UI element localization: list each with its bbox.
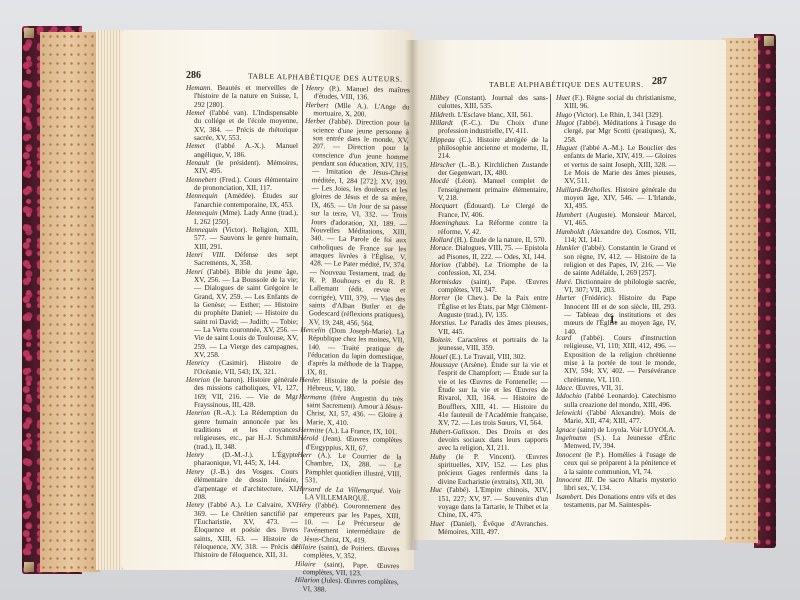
entry-text: (R.-A.). La Rédemption du genre humain a… xyxy=(194,409,298,450)
author-name: Henry xyxy=(186,451,204,459)
entry-text: Dialogues, VIII, 75. — Epistola ad Pison… xyxy=(438,244,548,260)
entry-text: (le P. Vincent). Œuvres spirituelles, XI… xyxy=(438,453,548,486)
index-entry: Huillard-Bréholles. Histoire générale du… xyxy=(556,186,676,211)
author-name: Hemann. xyxy=(186,84,212,92)
author-name: Hermann xyxy=(299,393,326,402)
entry-text: (F.-C.). Du Choix d'une profession indus… xyxy=(438,119,548,135)
author-name: Henri xyxy=(186,268,203,276)
index-entry: Hilbey (Constant). Journal des sans-culo… xyxy=(430,94,548,111)
index-entry: Hubert-Galisson. Des Droits et des devoi… xyxy=(430,428,548,453)
index-entry: Henrion (R.-A.). La Rédemption du genre … xyxy=(186,409,298,451)
entry-text: (l'abbé A.-X.). Manuel angélique, V, 186… xyxy=(194,142,298,158)
author-name: Hirscher xyxy=(430,161,456,169)
author-name: Herder. xyxy=(299,376,321,384)
entry-text: (J.-B.) des Vosges. Cours élémentaire de… xyxy=(194,468,298,501)
entry-text: (l'abbé). L'Empire chinois, XIV, 151, 22… xyxy=(438,486,548,519)
index-entry: Huet (Daniel), Évêque d'Avranches. Mémoi… xyxy=(430,520,548,537)
entry-text: (Daniel), Évêque d'Avranches. Mémoires, … xyxy=(438,520,548,536)
index-entry: Horrer (le Chev.). De la Paix entre l'Ég… xyxy=(430,294,548,319)
author-name: Humboldt xyxy=(556,228,585,236)
author-name: Herbet xyxy=(305,117,325,125)
author-name: Hildreth. xyxy=(430,111,456,119)
right-page-number: 287 xyxy=(652,76,667,87)
author-name: Hercelin xyxy=(300,326,325,335)
author-name: Horace. xyxy=(430,244,453,252)
author-name: Henry xyxy=(306,84,324,92)
entry-text: (l'abbé). Constantin le Grand et son règ… xyxy=(564,244,676,277)
index-entry: Henry (J.-B.) des Vosges. Cours élémenta… xyxy=(186,468,298,501)
entry-text: (Casimir). Histoire de l'Océanie, VII, 5… xyxy=(194,359,298,375)
index-entry: Hemann. Beautés et merveilles de l'histo… xyxy=(186,84,298,109)
index-entry: Hocquart (Édouard). Le Clergé de France,… xyxy=(430,202,548,219)
author-name: Henri VIII. xyxy=(186,251,225,259)
author-name: Hennequin xyxy=(186,192,218,200)
author-name: Huby xyxy=(430,453,446,461)
index-entry: Henault (le président). Mémoires, XIV, 4… xyxy=(186,159,298,176)
right-running-head: TABLE ALPHABÉTIQUE DES AUTEURS. xyxy=(489,80,644,89)
entry-text: (Auguste). Monsieur Marcel, VI, 465. xyxy=(564,211,676,227)
author-name: Hillardt xyxy=(430,119,453,127)
index-entry: Houssaye (Arsène). Étude sur la vie et l… xyxy=(430,361,548,428)
author-name: Innocent III. xyxy=(556,476,594,484)
entry-text: (D.-M.-J.). L'Égypte pharaonique, VI, 44… xyxy=(194,451,298,467)
index-entry: Hennequin (Victor). Religion, XIII, 577.… xyxy=(186,226,298,251)
index-entry: Humbert (Auguste). Monsieur Marcel, VI, … xyxy=(556,211,676,228)
entry-text: (le président). Mémoires, XIV, 495. xyxy=(194,159,298,175)
entry-text: (Jean). Œuvres complètes d'Eugyppius, XI… xyxy=(306,435,402,452)
author-name: Héry xyxy=(296,501,311,509)
index-entry: Ielowicki (l'abbé Alexandre). Mois de Ma… xyxy=(556,409,676,426)
author-name: Hermitte xyxy=(298,426,324,435)
author-name: Hugo xyxy=(556,111,572,119)
index-entry: Innocent III. De sacro Altaris mysterio … xyxy=(556,476,676,493)
right-foxed-page-edges xyxy=(722,38,758,543)
index-entry: Henri VIII. Défense des sept Sacrements,… xyxy=(186,251,298,268)
cover-corner-top-left xyxy=(24,28,34,38)
entry-text: (H.). Étude de la nature, II, 570. xyxy=(453,236,547,244)
author-name: Huré. xyxy=(556,278,573,286)
index-entry: Hilarion (Jules). Œuvres complètes, VI, … xyxy=(294,576,398,595)
index-entry: Herbet (l'abbé). Direction pour la scien… xyxy=(301,117,410,328)
entry-text: (l'abbé). Cours d'instruction religieuse… xyxy=(564,334,676,384)
index-entry: Idace. Œuvres, VII, 31. xyxy=(556,384,676,392)
entry-text: (Arsène). Étude sur la vie et l'esprit d… xyxy=(438,361,548,427)
entry-text: (E.). Le Travail, VIII, 302. xyxy=(448,353,526,361)
index-entry: Hunkler (l'abbé). Constantin le Grand et… xyxy=(556,244,676,277)
index-entry: Herr (A.). Le Courrier de la Chambre, IX… xyxy=(297,451,402,487)
index-entry: Huguet (l'abbé A.-M.). Le Bouclier des e… xyxy=(556,144,676,186)
index-entry: Hennequin (Mme). Lady Anne (trad.), I, 2… xyxy=(186,209,298,226)
index-entry: Hemel (l'abbé van). L'Indispensable du c… xyxy=(186,109,298,142)
index-entry: Ingelmann (S.). La Jeunesse d'Éric Menwe… xyxy=(556,434,676,451)
index-entry: Boitein. Caractères et portraits de la j… xyxy=(430,336,548,353)
author-name: Huguet xyxy=(556,144,577,152)
index-entry: Hocdé (Léon). Manuel complet de l'enseig… xyxy=(430,177,548,202)
author-name: Hollard xyxy=(430,236,453,244)
entry-text: (Victor). Le Rhin, I, 341 [329]. xyxy=(572,111,663,119)
author-name: Ignace xyxy=(556,426,576,434)
author-name: Houel xyxy=(430,353,448,361)
index-entry: Huby (le P. Vincent). Œuvres spirituelle… xyxy=(430,453,548,486)
author-name: Hérold xyxy=(298,434,318,442)
index-entry: Icard (l'abbé). Cours d'instruction reli… xyxy=(556,334,676,384)
index-entry: Hormisdas (saint), Pape. Œuvres complète… xyxy=(430,278,548,295)
author-name: Hugot xyxy=(556,119,574,127)
author-name: Hilaire xyxy=(295,543,316,551)
index-entry: Ignace (saint) de Loyola. Voir LOYOLA. xyxy=(556,426,676,434)
author-name: Hemet xyxy=(186,142,205,150)
entry-text: (Frédéric). Histoire du Pape Innocent II… xyxy=(564,294,676,335)
index-entry: Henrion (le baron). Histoire générale de… xyxy=(186,376,298,409)
entry-text: (l'abbé). Couronnement des empereurs par… xyxy=(304,501,401,544)
entry-text: Caractères et portraits de la jeunesse, … xyxy=(438,336,548,352)
author-name: Hilbey xyxy=(430,94,449,102)
entry-text: (le Chev.). De la Paix entre l'Église et… xyxy=(438,294,548,319)
author-name: Ingelmann xyxy=(556,434,587,442)
left-page-number: 286 xyxy=(186,70,201,81)
index-entry: Huc (l'abbé). L'Empire chinois, XIV, 151… xyxy=(430,486,548,519)
author-name: Idace. xyxy=(556,384,574,392)
entry-text: (Constant). Journal des sans-culottes, X… xyxy=(438,94,548,110)
author-name: Hurter xyxy=(556,294,576,302)
author-name: Humbert xyxy=(556,211,582,219)
entry-text: (Mlle A.). L'Ange du mortuaire, X, 200. xyxy=(313,101,409,118)
left-page-column-2: Henry (P.). Manuel des maîtres d'études,… xyxy=(294,84,410,595)
column-rule-right xyxy=(550,94,551,494)
index-entry: Innocent (le P.). Homélies à l'usage de … xyxy=(556,451,676,476)
entry-text: Dictionnaire de philologie sacrée, VI, 3… xyxy=(564,278,676,294)
entry-text: (saint) de Loyola. Voir LOYOLA. xyxy=(576,426,676,434)
section-letter-I: I. xyxy=(610,314,617,326)
author-name: Horrer xyxy=(430,294,450,302)
author-name: Horstius. xyxy=(430,319,457,327)
index-entry: Iddochio (l'abbé Leonardo). Catechismo s… xyxy=(556,392,676,409)
index-entry: Huré. Dictionnaire de philologie sacrée,… xyxy=(556,278,676,295)
entry-text: (le baron). Histoire générale des missio… xyxy=(194,376,298,409)
author-name: Herr xyxy=(297,451,311,459)
author-name: Icard xyxy=(556,334,571,342)
cover-corner-top-right xyxy=(764,36,774,46)
entry-text: (le P.). Homélies à l'usage de ceux qui … xyxy=(564,451,676,476)
index-entry: Hercelin (Dom Joseph-Marie). La Républiq… xyxy=(299,326,404,378)
left-foxed-page-edges xyxy=(40,32,100,572)
entry-text: (A.). Le Courrier de la Chambre, IX, 288… xyxy=(305,451,402,484)
author-name: Henricy xyxy=(186,359,209,367)
entry-text: (l'abbé van). L'Indispensable du collége… xyxy=(194,109,298,142)
entry-text: (F.). Règne social du christianisme, XII… xyxy=(564,94,676,110)
author-name: Hemel xyxy=(186,109,205,117)
author-name: Herbert xyxy=(305,101,328,110)
entry-text: (l'abbé A.). Le Calvaire, XV, 369. — Le … xyxy=(194,501,298,559)
index-entry: Huet (F.). Règne social du christianisme… xyxy=(556,94,676,111)
index-entry: Hugo (Victor). Le Rhin, I, 341 [329]. xyxy=(556,111,676,119)
left-page-column-1: Hemann. Beautés et merveilles de l'histo… xyxy=(186,84,298,560)
index-entry: Horstius. Le Paradis des âmes pieuses, V… xyxy=(430,319,548,336)
author-name: Henry xyxy=(186,468,204,476)
author-name: Isambert. xyxy=(556,493,583,501)
entry-text: (Léon). Manuel complet de l'enseignement… xyxy=(438,177,548,202)
author-name: Hennebert xyxy=(186,176,216,184)
entry-text: (saint), de Poitiers. Œuvres complètes, … xyxy=(303,543,399,560)
entry-text: (l'abbé). Méditations à l'usage du clerg… xyxy=(564,119,676,144)
author-name: Hennequin xyxy=(186,209,218,217)
author-name: Hilarion xyxy=(295,576,320,585)
index-entry: Humboldt (Alexandre de). Cosmos, VII, 11… xyxy=(556,228,676,245)
author-name: Henry xyxy=(186,501,204,509)
left-page-stack xyxy=(96,30,124,570)
right-page-column-2-section-I: Icard (l'abbé). Cours d'instruction reli… xyxy=(556,334,676,509)
index-entry: Héry (l'abbé). Couronnement des empereur… xyxy=(296,501,401,545)
index-entry: Henri (l'abbé). Bible du jeune âge, XV, … xyxy=(186,268,298,360)
author-name: Houssaye xyxy=(430,361,458,369)
index-entry: Horace. Dialogues, VIII, 75. — Epistola … xyxy=(430,244,548,261)
author-name: Hoeninghaus. xyxy=(430,219,470,227)
author-name: Hennequin xyxy=(186,226,218,234)
entry-text: L'Esclave blanc, XII, 561. xyxy=(456,111,533,119)
right-page-column-1: Hilbey (Constant). Journal des sans-culo… xyxy=(430,94,548,536)
author-name: Huet xyxy=(430,520,444,528)
author-name: Hormisdas xyxy=(430,278,462,286)
author-name: Hubert-Galisson. xyxy=(430,428,480,436)
index-entry: Horion (l'abbé). Le Triomphe de la confe… xyxy=(430,261,548,278)
author-name: Hunkler xyxy=(556,244,580,252)
author-name: Hilaire xyxy=(295,559,316,567)
entry-text: (P.). Manuel des maîtres d'études, VIII,… xyxy=(314,84,410,101)
author-name: Henrion xyxy=(186,376,210,384)
index-entry: Henry (l'abbé A.). Le Calvaire, XV, 369.… xyxy=(186,501,298,559)
author-name: Innocent xyxy=(556,451,581,459)
author-name: Boitein. xyxy=(430,336,453,344)
author-name: Iddochio xyxy=(556,392,582,400)
index-entry: Hippeau (C.). Histoire abrégée de la phi… xyxy=(430,136,548,161)
entry-text: (saint), Pape. Œuvres complètes, VII, 12… xyxy=(303,560,399,577)
entry-text: (l'abbé A.-M.). Le Bouclier des enfants … xyxy=(564,144,676,185)
author-name: Huet xyxy=(556,94,570,102)
index-entry: Hollard (H.). Étude de la nature, II, 57… xyxy=(430,236,548,244)
index-entry: Hillardt (F.-C.). Du Choix d'une profess… xyxy=(430,119,548,136)
entry-text: (C.). Histoire abrégée de la philosophie… xyxy=(438,136,548,161)
author-name: Huillard-Bréholles. xyxy=(556,186,612,194)
entry-text: (l'abbé). Bible du jeune âge, XV, 256. —… xyxy=(194,268,298,359)
author-name: Henrion xyxy=(186,409,210,417)
index-entry: Hennebert (Fred.). Cours élémentaire de … xyxy=(186,176,298,193)
entry-text: (l'abbé Leonardo). Catechismo sulla crea… xyxy=(564,392,676,408)
right-page-column-2: Huet (F.). Règne social du christianisme… xyxy=(556,94,676,336)
author-name: Hippeau xyxy=(430,136,455,144)
index-entry: Henricy (Casimir). Histoire de l'Océanie… xyxy=(186,359,298,376)
index-entry: Hoeninghaus. La Réforme contre la réform… xyxy=(430,219,548,236)
index-entry: Hugot (l'abbé). Méditations à l'usage du… xyxy=(556,119,676,144)
author-name: Ielowicki xyxy=(556,409,582,417)
entry-text: Histoire de la poésie des Hébreux, V, 18… xyxy=(307,376,403,393)
author-name: Henault xyxy=(186,159,209,167)
index-entry: Hirscher (L.-B.). Kirchlichen Zustande d… xyxy=(430,161,548,178)
entry-text: (l'abbé). Le Triomphe de la confession, … xyxy=(438,261,548,277)
author-name: Hocquart xyxy=(430,202,458,210)
index-entry: Isambert. Des Donations entre vifs et de… xyxy=(556,493,676,510)
entry-text: Œuvres, VII, 31. xyxy=(574,384,624,392)
index-entry: Houel (E.). Le Travail, VIII, 302. xyxy=(430,353,548,361)
author-name: Hocdé xyxy=(430,177,449,185)
cover-corner-bottom-left xyxy=(24,562,34,572)
index-entry: Hildreth. L'Esclave blanc, XII, 561. xyxy=(430,111,548,119)
index-entry: Hennequin (Amédée). Études sur l'anarchi… xyxy=(186,192,298,209)
index-entry: Henry (D.-M.-J.). L'Égypte pharaonique, … xyxy=(186,451,298,468)
author-name: Horion xyxy=(430,261,451,269)
entry-text: (l'abbé). Direction pour la science d'un… xyxy=(309,118,410,327)
author-name: Huc xyxy=(430,486,442,494)
entry-text: (Dom Joseph-Marie). La République chez l… xyxy=(307,326,404,376)
index-entry: Hemet (l'abbé A.-X.). Manuel angélique, … xyxy=(186,142,298,159)
index-entry: Hermann (frère Augustin du très saint Sa… xyxy=(298,393,403,429)
